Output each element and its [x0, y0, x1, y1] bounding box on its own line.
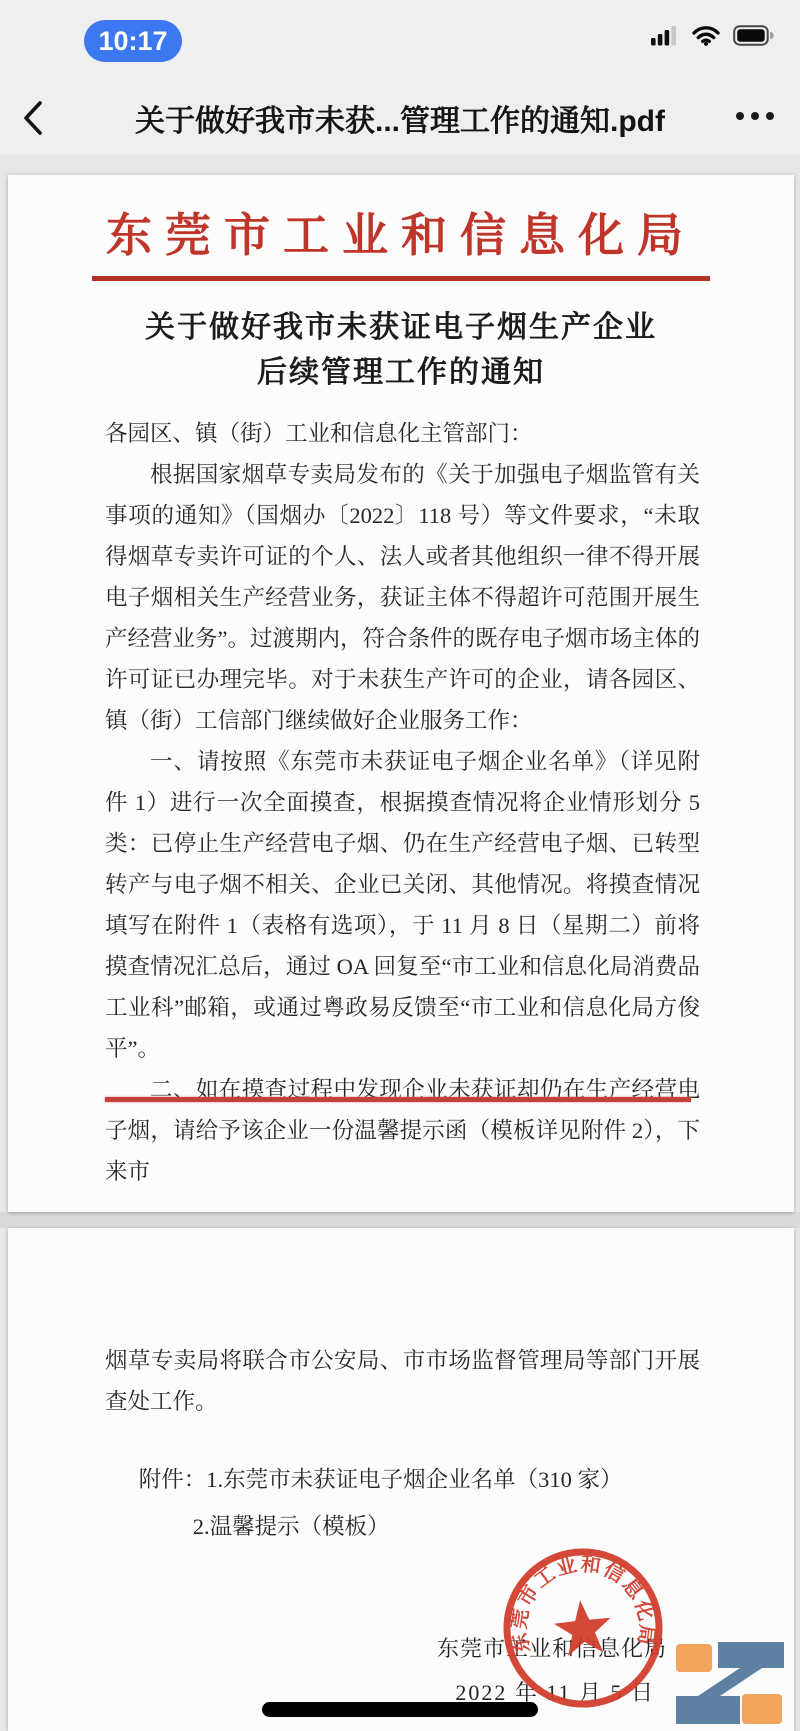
- notice-title-line2: 后续管理工作的通知: [8, 350, 794, 395]
- status-time: 10:17: [84, 20, 182, 62]
- pdf-scroll-area[interactable]: 东莞市工业和信息化局 关于做好我市未获证电子烟生产企业 后续管理工作的通知 各园…: [0, 175, 800, 1731]
- paragraph-1: 根据国家烟草专卖局发布的《关于加强电子烟监管有关事项的通知》（国烟办〔2022〕…: [105, 454, 700, 741]
- pdf-page-1: 东莞市工业和信息化局 关于做好我市未获证电子烟生产企业 后续管理工作的通知 各园…: [8, 175, 794, 1212]
- battery-icon: [733, 25, 774, 51]
- watermark-logo-icon: [673, 1636, 791, 1728]
- wifi-icon: [692, 25, 720, 51]
- notice-title-line1: 关于做好我市未获证电子烟生产企业: [8, 305, 794, 350]
- page1-body: 各园区、镇（街）工业和信息化主管部门： 根据国家烟草专卖局发布的《关于加强电子烟…: [8, 413, 794, 1192]
- paragraph-3: 二、如在摸查过程中发现企业未获证却仍在生产经营电子烟，请给予该企业一份温馨提示函…: [105, 1069, 700, 1192]
- cellular-signal-icon: [651, 26, 679, 51]
- status-bar: 10:17: [0, 0, 800, 80]
- status-icons: [651, 25, 774, 51]
- more-options-button[interactable]: [736, 112, 774, 120]
- letterhead-rule: [92, 276, 710, 281]
- page2-body: 烟草专卖局将联合市公安局、市市场监督管理局等部门开展查处工作。 附件：1.东莞市…: [8, 1228, 794, 1550]
- notice-title: 关于做好我市未获证电子烟生产企业 后续管理工作的通知: [8, 305, 794, 395]
- page1-red-divider: [105, 1097, 691, 1102]
- agency-letterhead: 东莞市工业和信息化局: [8, 199, 794, 265]
- paragraph-4: 烟草专卖局将联合市公安局、市市场监督管理局等部门开展查处工作。: [105, 1340, 700, 1422]
- nav-bar: 关于做好我市未获...管理工作的通知.pdf: [0, 80, 800, 155]
- official-seal: 东莞市工业和信息化局: [473, 1518, 693, 1731]
- seal-star-icon: [552, 1597, 614, 1657]
- home-indicator[interactable]: [262, 1702, 538, 1717]
- paragraph-2: 一、请按照《东莞市未获证电子烟企业名单》（详见附件 1）进行一次全面摸查，根据摸…: [105, 741, 700, 1069]
- attachment-1: 附件：1.东莞市未获证电子烟企业名单（310 家）: [105, 1456, 700, 1503]
- salutation: 各园区、镇（街）工业和信息化主管部门：: [105, 413, 700, 454]
- document-title: 关于做好我市未获...管理工作的通知.pdf: [135, 96, 665, 140]
- page-separator: [0, 1212, 800, 1228]
- back-button[interactable]: [22, 98, 52, 138]
